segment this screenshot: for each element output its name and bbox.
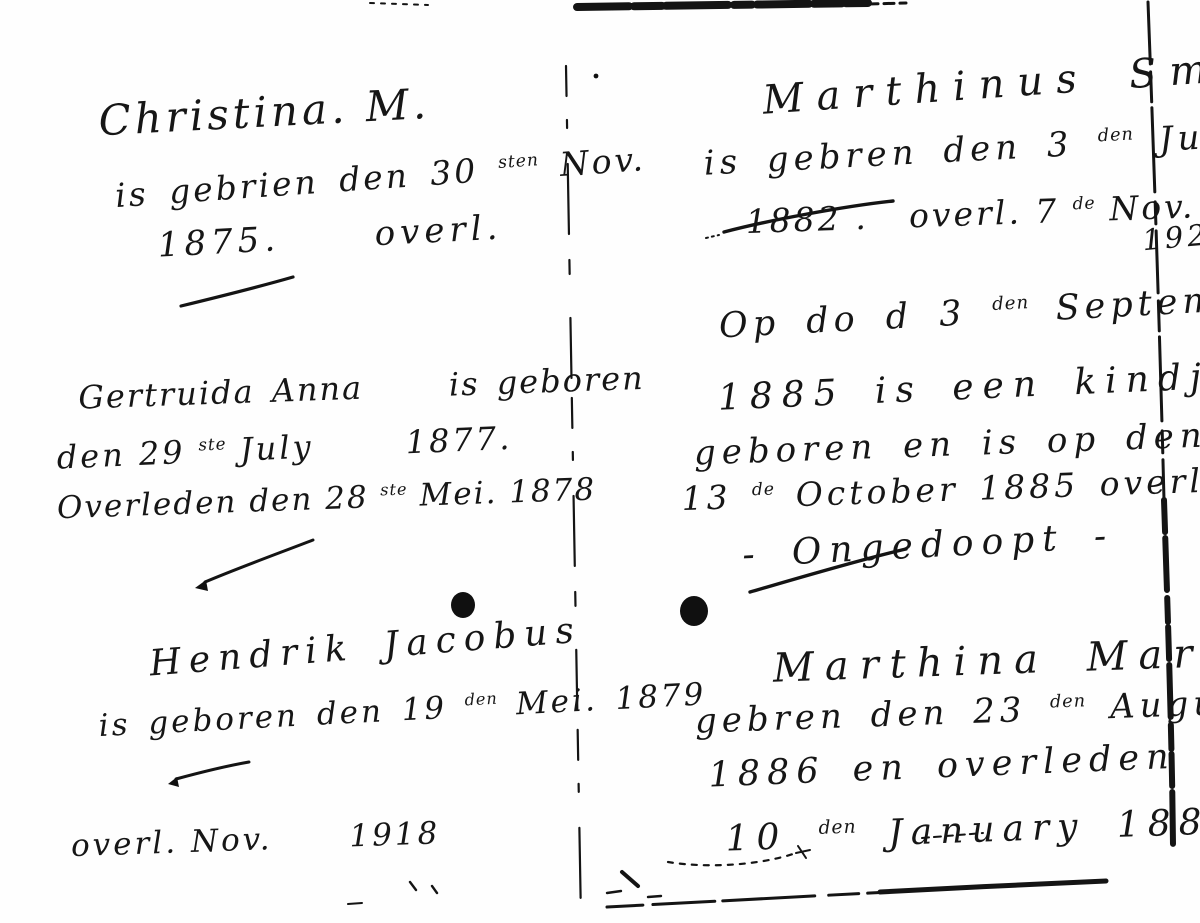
stray-dot-1 bbox=[594, 74, 599, 79]
scan-speckle-topleft bbox=[370, 3, 428, 5]
left-entry-christina-line-3: 1875. overl. bbox=[92, 177, 505, 300]
handwritten-text: Overleden den 28 bbox=[56, 479, 381, 526]
separator-3-loop bbox=[168, 777, 179, 787]
stray-mark-1 bbox=[348, 903, 362, 904]
left-entry-gertruida-line-3: Overleden den 28 ste Mei. 1878 bbox=[8, 444, 598, 557]
left-death-note-1918: overl. Nov. 1918 bbox=[18, 787, 442, 895]
handwritten-text: 1875. overl. bbox=[157, 208, 504, 266]
ordinal-superscript: ste bbox=[380, 479, 408, 499]
handwritten-text: is geboren den 19 bbox=[98, 689, 466, 744]
handwritten-text: September bbox=[1028, 276, 1200, 330]
handwritten-text: 1882 . overl. 7 bbox=[745, 191, 1073, 241]
stray-mark-2 bbox=[410, 882, 416, 890]
scan-top-smudge-tail bbox=[868, 3, 906, 4]
handwritten-text: Mei. 1878 bbox=[407, 472, 597, 515]
stray-mark-3 bbox=[432, 886, 437, 893]
scan-top-smudge bbox=[577, 3, 868, 7]
handwritten-text: January 1887. bbox=[856, 800, 1200, 855]
right-entry-marthina-line-4: 10 den January 1887. bbox=[598, 767, 1200, 898]
document-scan: Christina. M. is gebrien den 30 sten Nov… bbox=[0, 0, 1200, 923]
ordinal-superscript: den bbox=[1097, 124, 1134, 146]
handwritten-text: 10 bbox=[725, 815, 820, 859]
separator-2-loop bbox=[195, 580, 208, 591]
ordinal-superscript: den bbox=[992, 292, 1030, 315]
ordinal-superscript: de bbox=[752, 480, 776, 501]
ordinal-superscript: den bbox=[464, 689, 498, 710]
ordinal-superscript: den bbox=[818, 817, 857, 839]
ordinal-superscript: sten bbox=[497, 150, 539, 173]
handwritten-text: - Ongedoopt - bbox=[741, 515, 1115, 575]
handwritten-text: overl. Nov. 1918 bbox=[70, 815, 441, 864]
handwritten-text: Junij bbox=[1133, 114, 1200, 161]
ordinal-superscript: ste bbox=[198, 434, 227, 454]
